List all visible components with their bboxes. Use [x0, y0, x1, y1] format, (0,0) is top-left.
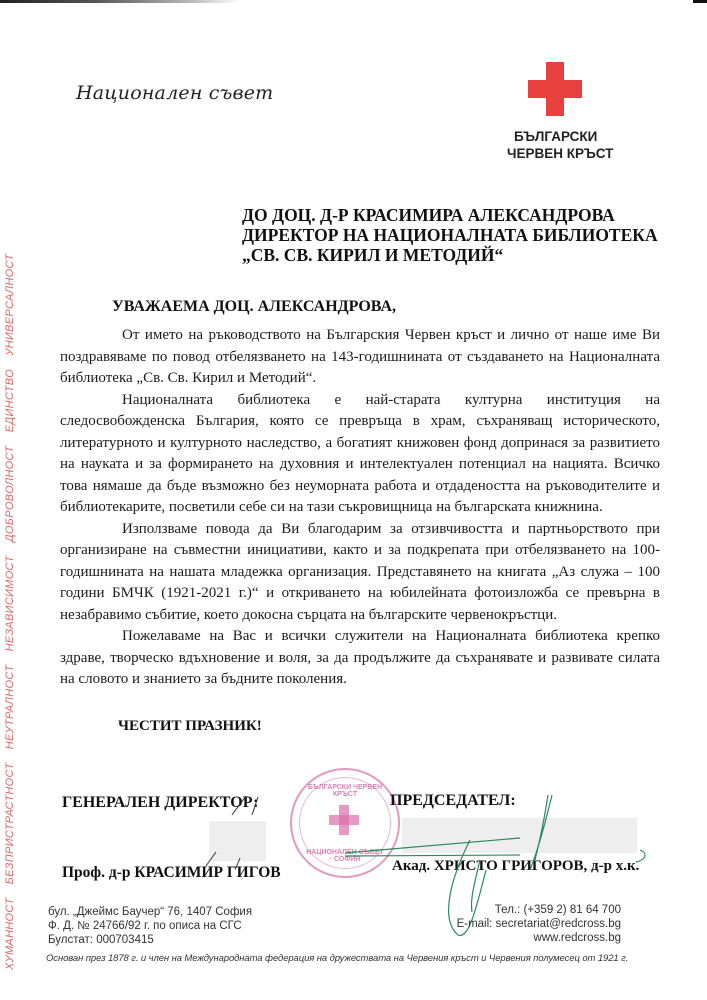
footer-phone: Тел.: (+359 2) 81 64 700 [457, 903, 621, 917]
closing-greeting: ЧЕСТИТ ПРАЗНИК! [118, 718, 262, 735]
footer-address: бул. „Джеймс Баучер“ 76, 1407 София [48, 905, 252, 919]
chairman-title: ПРЕДСЕДАТЕЛ: [390, 792, 516, 810]
scan-edge-shadow [0, 0, 240, 3]
addressee-line2: ДИРЕКТОР НА НАЦИОНАЛНАТА БИБЛИОТЕКА [242, 225, 658, 245]
stamp-bottom-text: НАЦИОНАЛЕН СЪВЕТ · СОФИЯ [306, 849, 384, 863]
red-cross-icon [528, 62, 582, 116]
principle-unity: ЕДИНСТВО [4, 369, 16, 432]
red-cross-logo: БЪЛГАРСКИ ЧЕРВЕН КРЪСТ [500, 62, 630, 162]
footer-address-block: бул. „Джеймс Баучер“ 76, 1407 София Ф. Д… [48, 905, 252, 947]
redacted-signature-right [402, 818, 637, 853]
paragraph-3: Използваме повода да Ви благодарим за от… [60, 519, 660, 627]
addressee-line1: ДО ДОЦ. Д-Р КРАСИМИРА АЛЕКСАНДРОВА [242, 205, 658, 225]
footer-founding-note: Основан през 1878 г. и член на Междунаро… [46, 953, 628, 964]
addressee-line3: „СВ. СВ. КИРИЛ И МЕТОДИЙ“ [242, 245, 658, 265]
org-name-line1: БЪЛГАРСКИ [514, 128, 630, 145]
footer-email[interactable]: E-mail: secretariat@redcross.bg [457, 917, 621, 931]
paragraph-1: От името на ръководството на Българския … [60, 325, 660, 390]
chairman-name: Акад. ХРИСТО ГРИГОРОВ, д-р х.к. [392, 858, 639, 875]
org-name-line2: ЧЕРВЕН КРЪСТ [507, 145, 630, 162]
scan-edge-corner [693, 0, 707, 3]
council-label: Национален съвет [76, 82, 273, 104]
principle-independence: НЕЗАВИСИМОСТ [4, 556, 16, 652]
footer-contact-block: Тел.: (+359 2) 81 64 700 E-mail: secreta… [457, 903, 621, 945]
principle-voluntary: ДОБРОВОЛНОСТ [4, 446, 16, 543]
redacted-signature-left [209, 821, 266, 861]
footer-registration: Ф. Д. № 24766/92 г. по описа на СГС [48, 919, 252, 933]
footer-website[interactable]: www.redcross.bg [457, 931, 621, 945]
paragraph-2: Националната библиотека е най-старата ку… [60, 390, 660, 519]
salutation: УВАЖАЕМА ДОЦ. АЛЕКСАНДРОВА, [112, 298, 396, 316]
footer-bulstat: Булстат: 000703415 [48, 933, 252, 947]
paragraph-4: Пожелаваме на Вас и всички служители на … [60, 626, 660, 691]
org-name: БЪЛГАРСКИ ЧЕРВЕН КРЪСТ [504, 128, 630, 162]
principles-sidebar: ХУМАННОСТ БЕЗПРИСТРАСТНОСТ НЕУТРАЛНОСТ Н… [4, 170, 16, 970]
general-director-name: Проф. д-р КРАСИМИР ГИГОВ [62, 864, 281, 882]
letter-body: От името на ръководството на Българския … [60, 325, 660, 691]
addressee-block: ДО ДОЦ. Д-Р КРАСИМИРА АЛЕКСАНДРОВА ДИРЕК… [242, 205, 658, 265]
principle-humanity: ХУМАННОСТ [4, 898, 16, 970]
stamp-top-text: БЪЛГАРСКИ ЧЕРВЕН КРЪСТ [306, 784, 384, 798]
official-stamp: БЪЛГАРСКИ ЧЕРВЕН КРЪСТ НАЦИОНАЛЕН СЪВЕТ … [290, 768, 400, 878]
general-director-title: ГЕНЕРАЛЕН ДИРЕКТОР: [62, 794, 258, 812]
stamp-cross-icon [329, 805, 359, 835]
principle-universality: УНИВЕРСАЛНОСТ [4, 254, 16, 356]
principle-impartiality: БЕЗПРИСТРАСТНОСТ [4, 763, 16, 885]
principle-neutrality: НЕУТРАЛНОСТ [4, 665, 16, 749]
